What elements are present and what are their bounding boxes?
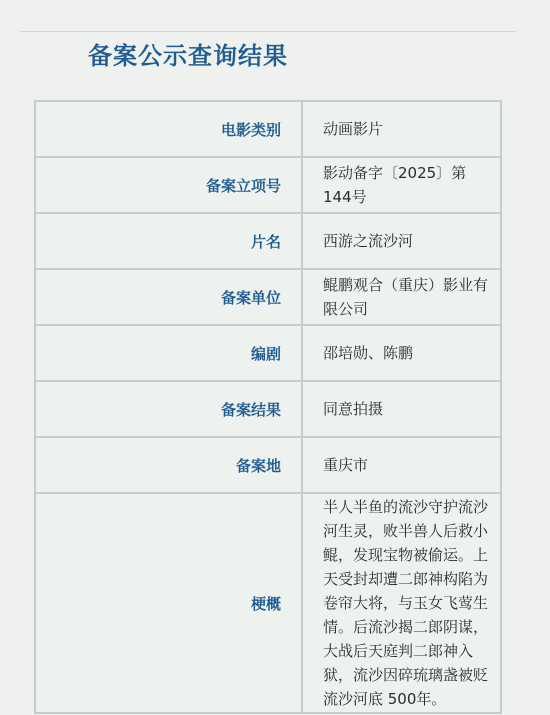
row-label: 片名 bbox=[35, 213, 302, 269]
filing-result-table: 电影类别 动画影片 备案立项号 影动备字〔2025〕第144号 片名 西游之流沙… bbox=[34, 100, 502, 714]
table-row-film-title: 片名 西游之流沙河 bbox=[35, 213, 501, 269]
row-value: 动画影片 bbox=[302, 101, 501, 157]
row-label: 备案结果 bbox=[35, 381, 302, 437]
table-row-filing-result: 备案结果 同意拍摄 bbox=[35, 381, 501, 437]
row-value: 西游之流沙河 bbox=[302, 213, 501, 269]
row-value: 重庆市 bbox=[302, 437, 501, 493]
table-row-filing-number: 备案立项号 影动备字〔2025〕第144号 bbox=[35, 157, 501, 213]
page-title: 备案公示查询结果 bbox=[88, 36, 288, 71]
row-value: 鲲鹏观合（重庆）影业有限公司 bbox=[302, 269, 501, 325]
table-row-screenwriter: 编剧 邵培勋、陈鹏 bbox=[35, 325, 501, 381]
table-row-filing-location: 备案地 重庆市 bbox=[35, 437, 501, 493]
row-value: 同意拍摄 bbox=[302, 381, 501, 437]
row-label: 电影类别 bbox=[35, 101, 302, 157]
row-value: 影动备字〔2025〕第144号 bbox=[302, 157, 501, 213]
table-row-film-category: 电影类别 动画影片 bbox=[35, 101, 501, 157]
row-label: 备案地 bbox=[35, 437, 302, 493]
row-label: 编剧 bbox=[35, 325, 302, 381]
row-label: 备案立项号 bbox=[35, 157, 302, 213]
table-row-filing-company: 备案单位 鲲鹏观合（重庆）影业有限公司 bbox=[35, 269, 501, 325]
row-label: 梗概 bbox=[35, 493, 302, 713]
top-divider bbox=[20, 31, 516, 32]
row-value: 邵培勋、陈鹏 bbox=[302, 325, 501, 381]
table-row-synopsis: 梗概 半人半鱼的流沙守护流沙河生灵，败半兽人后救小鲲，发现宝物被偷运。上天受封却… bbox=[35, 493, 501, 713]
row-label: 备案单位 bbox=[35, 269, 302, 325]
row-value: 半人半鱼的流沙守护流沙河生灵，败半兽人后救小鲲，发现宝物被偷运。上天受封却遭二郎… bbox=[302, 493, 501, 713]
